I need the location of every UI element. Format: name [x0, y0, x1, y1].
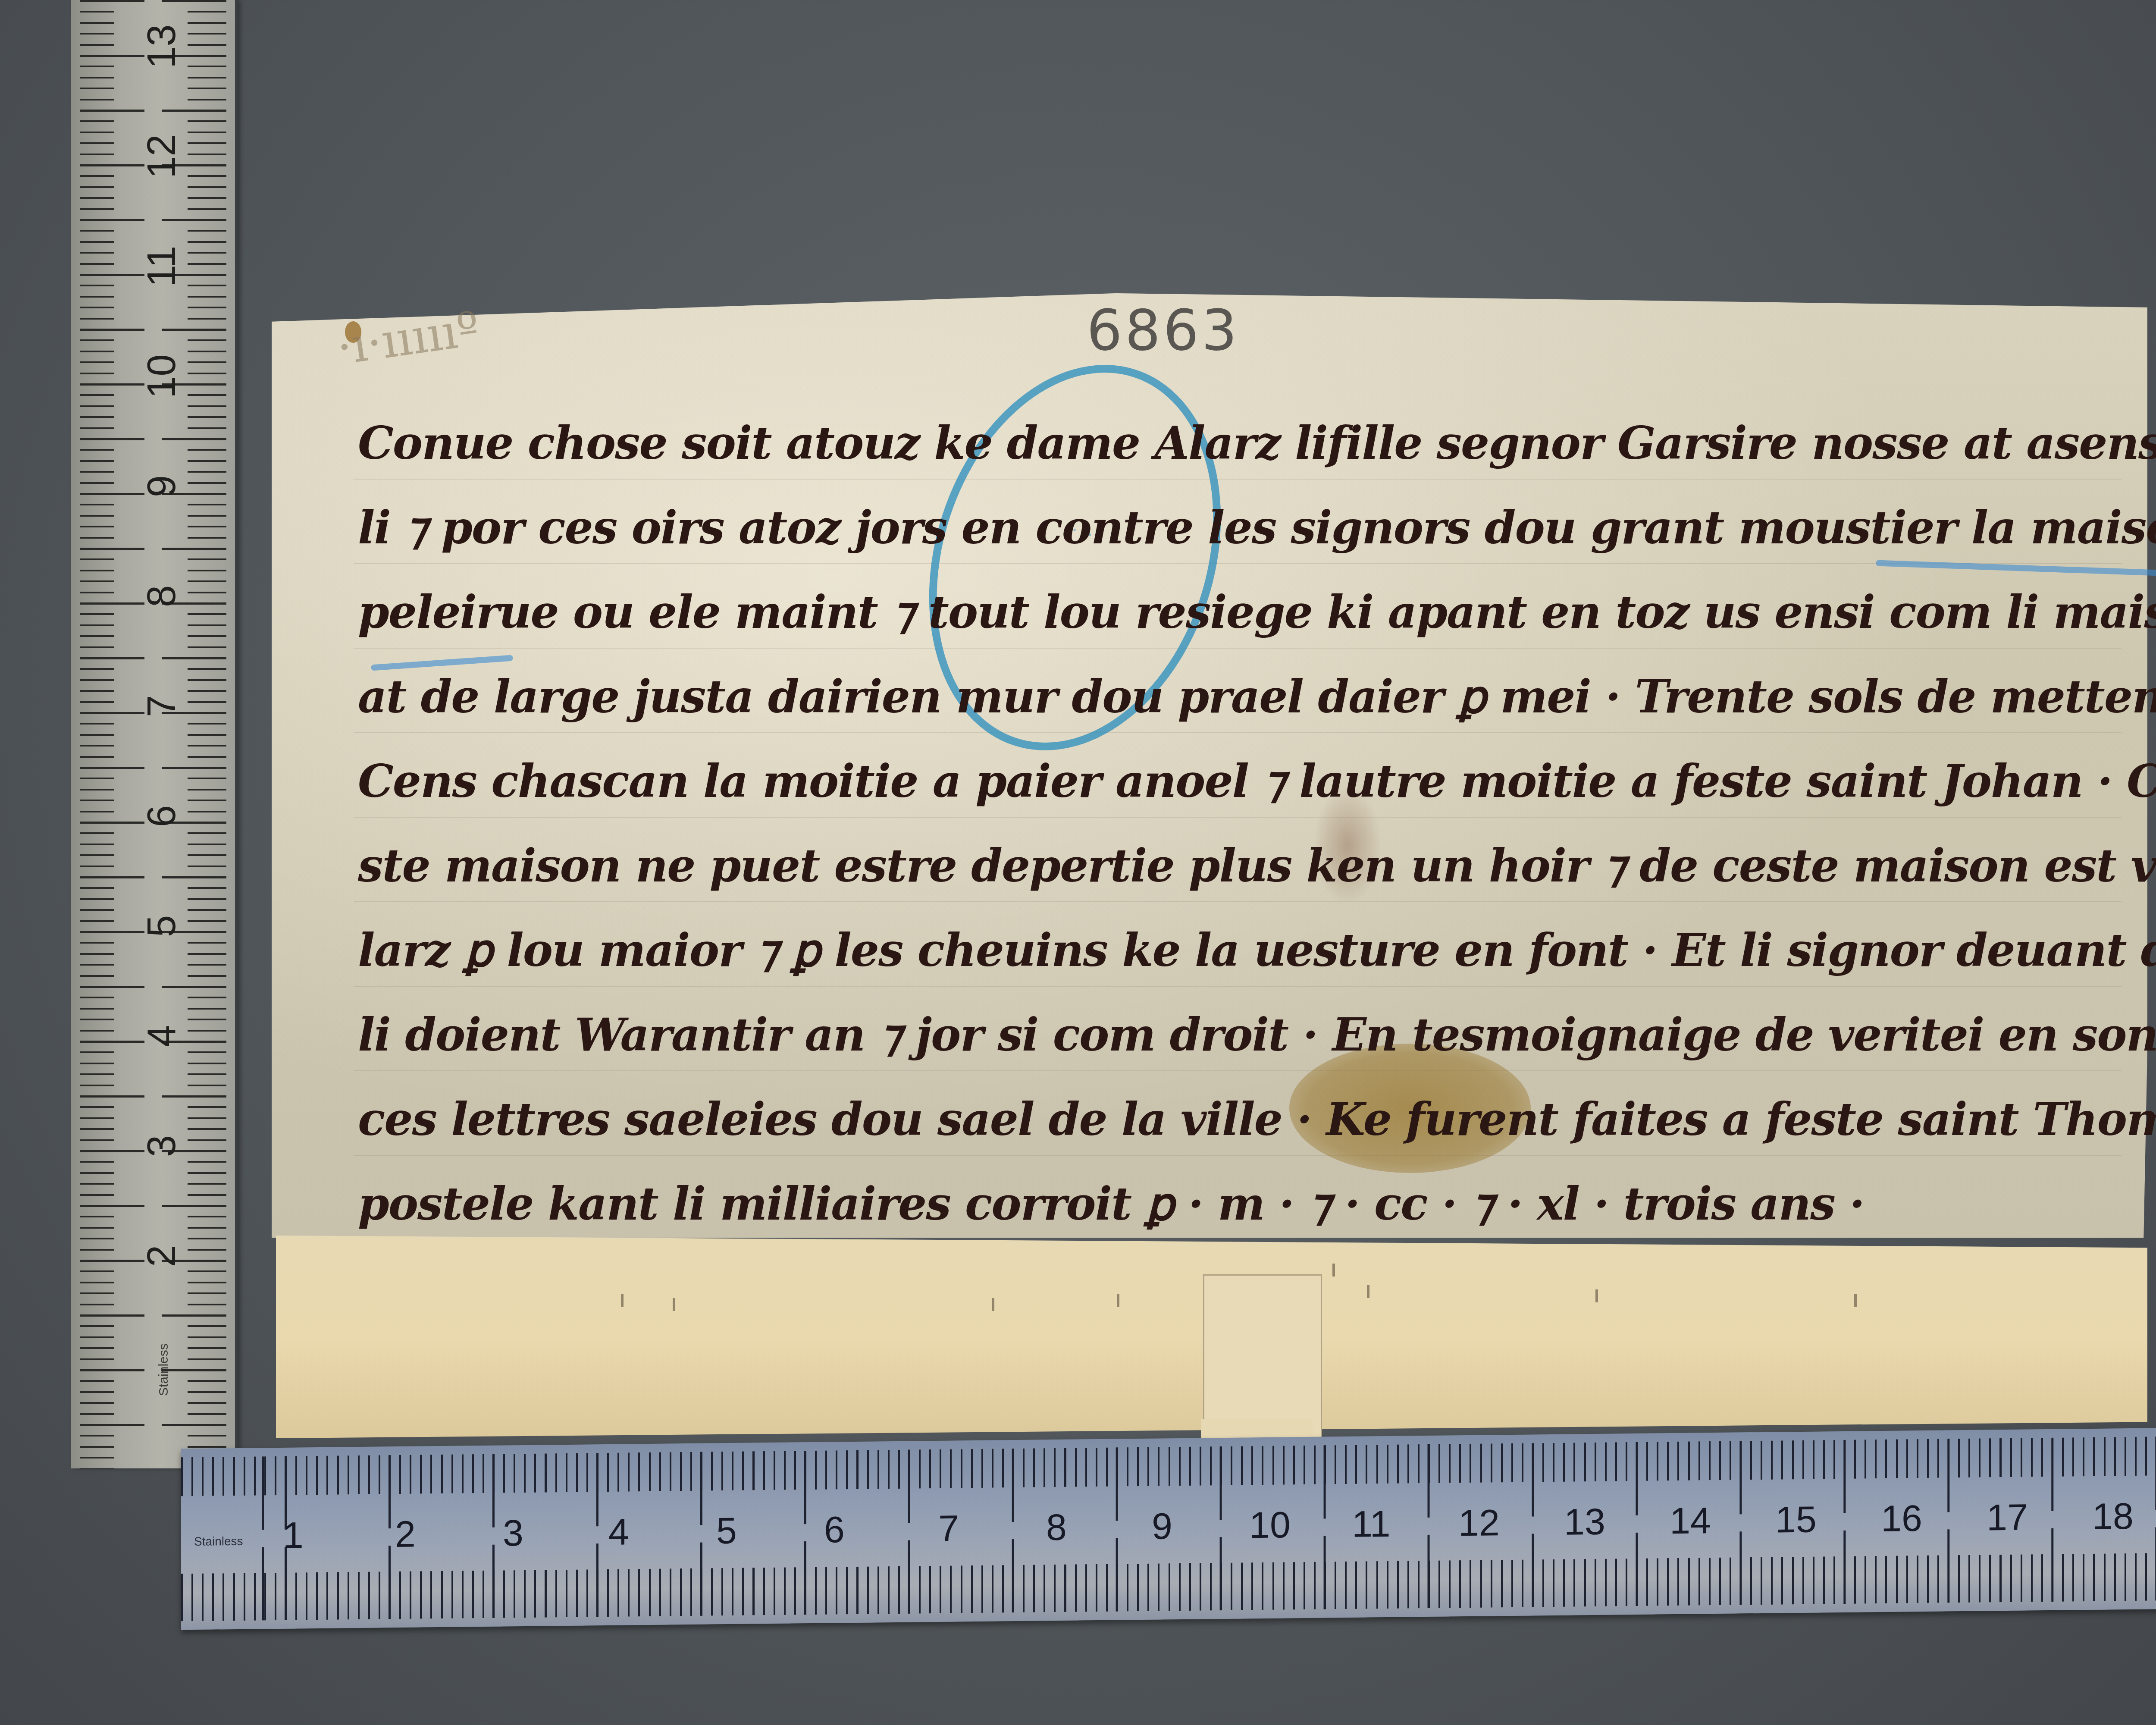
text-line: Conue chose soit atouz ke dame Alarz lif… [358, 401, 2152, 486]
ruler-label: 14 [1660, 1499, 1720, 1543]
pricking-hole [1595, 1289, 1598, 1302]
shelfmark-number: 6863 [1087, 298, 1240, 363]
pricking-hole [992, 1298, 994, 1311]
ruler-label: 15 [1766, 1498, 1826, 1541]
text-line: larz ꝑ lou maior ⁊ ꝑ les cheuins ke la u… [358, 908, 2152, 993]
text-line: ste maison ne puet estre depertie plus k… [358, 824, 2152, 908]
text-line: postele kant li milliaires corroit ꝑ · m… [358, 1162, 2152, 1246]
pricking-hole [621, 1294, 624, 1307]
ruler-brand: Stainless [157, 1353, 171, 1396]
text-line: at de large justa dairien mur dou prael … [358, 655, 2152, 739]
ruler-label: 4 [589, 1511, 649, 1554]
ruler-major-ticks-left [80, 0, 144, 1468]
ruler-label: 10 [139, 351, 185, 402]
ruler-label: 6 [139, 790, 185, 842]
vertical-ruler: 2 3 4 5 6 7 8 9 10 11 12 13 Stainless [71, 0, 238, 1468]
ruler-label: 6 [804, 1509, 865, 1552]
ruler-label: 3 [139, 1120, 185, 1172]
ruler-label: 11 [1341, 1503, 1401, 1546]
ruler-label: 2 [375, 1513, 436, 1556]
text-line: li doient Warantir an ⁊ jor si com droit… [358, 993, 2152, 1077]
text-line: Cens chascan la moitie a paier anoel ⁊ l… [358, 739, 2152, 824]
ruler-label: 1 [263, 1514, 323, 1557]
pricking-hole [1117, 1294, 1119, 1307]
text-line: ces lettres saeleies dou sael de la vill… [358, 1077, 2152, 1162]
ruler-label: 17 [1977, 1496, 2037, 1539]
ruler-label: 2 [139, 1230, 185, 1282]
ruler-brand: Stainless [194, 1534, 243, 1549]
pricking-hole [1854, 1294, 1857, 1307]
pricking-hole [673, 1298, 675, 1311]
ruler-label: 10 [1240, 1504, 1300, 1547]
ruler-label: 18 [2083, 1495, 2143, 1538]
ruler-label: 5 [139, 900, 185, 952]
ruler-label: 12 [139, 131, 185, 182]
ruler-label: 5 [696, 1509, 757, 1552]
ruler-label: 8 [139, 571, 185, 622]
ruler-label: 9 [1132, 1505, 1192, 1548]
ruler-label: 16 [1871, 1497, 1932, 1540]
horizontal-ruler: Stainless 1 2 3 4 5 6 7 8 9 10 11 12 13 … [181, 1424, 2156, 1630]
ruler-label: 7 [139, 681, 185, 732]
ruler-label: 7 [918, 1507, 979, 1550]
pricking-hole [1367, 1285, 1369, 1298]
pricking-hole [1332, 1264, 1335, 1276]
text-line: peleirue ou ele maint ⁊ tout lou resiege… [358, 570, 2152, 655]
ruler-label: 13 [1554, 1500, 1615, 1543]
ruler-label: 4 [139, 1010, 185, 1062]
ruler-label: 13 [139, 21, 185, 72]
ruler-label: 11 [139, 241, 185, 292]
ruler-label: 9 [139, 461, 185, 512]
charter-text: Conue chose soit atouz ke dame Alarz lif… [358, 401, 2152, 1246]
ruler-label: 3 [483, 1512, 543, 1555]
text-line: li ⁊ por ces oirs atoz jors en contre le… [358, 486, 2152, 570]
ruler-label: 8 [1026, 1506, 1087, 1549]
ruler-label: 12 [1449, 1502, 1509, 1545]
